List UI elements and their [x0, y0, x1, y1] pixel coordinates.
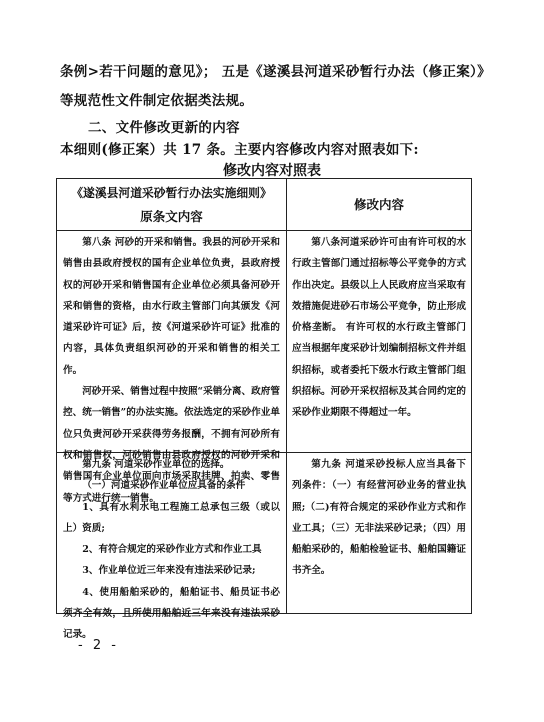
cell-paragraph: 4、使用船舶采砂的，船舶证书、船员证书必须齐全有效，且所使用船舶近三年来没有违法…: [63, 582, 280, 646]
header-original: 《遂溪县河道采砂暂行办法实施细则》 原条文内容: [57, 181, 286, 229]
table-cell-original: 第九条 河道采砂作业单位的选择。 （一）河道采砂作业单位应具备的条件 1、具有水…: [63, 454, 280, 646]
cell-paragraph: 1、具有水利水电工程施工总承包三级（或以上）资质;: [63, 497, 280, 540]
header-original-title: 《遂溪县河道采砂暂行办法实施细则》: [57, 181, 286, 205]
header-original-subtitle: 原条文内容: [57, 205, 286, 229]
section-heading: 二、文件修改更新的内容: [88, 116, 240, 136]
column-divider: [286, 179, 287, 613]
intro-line-3: 本细则(修正案）共 17 条。主要内容修改内容对照表如下:: [60, 138, 419, 158]
cell-paragraph: 第九条 河道采砂投标人应当具备下列条件：（一）有经营河砂业务的营业执照;（二)有…: [292, 454, 466, 582]
table-caption: 修改内容对照表: [0, 160, 544, 180]
cell-paragraph: 第八条 河砂的开采和销售。我县的河砂开采和销售由县政府授权的国有企业单位负责，县…: [63, 232, 280, 381]
cell-paragraph: 2、有符合规定的采砂作业方式和作业工具: [63, 539, 280, 560]
table-cell-revised: 第九条 河道采砂投标人应当具备下列条件：（一）有经营河砂业务的营业执照;（二)有…: [292, 454, 466, 582]
cell-paragraph: 3、作业单位近三年来没有违法采砂记录;: [63, 560, 280, 581]
header-revised: 修改内容: [286, 193, 472, 217]
cell-paragraph: （一）河道采砂作业单位应具备的条件: [63, 475, 280, 496]
intro-line-1: 条例>若干问题的意见》； 五是《遂溪县河道采砂暂行办法（修正案）》: [60, 60, 491, 80]
intro-line-2: 等规范性文件制定依据类法规。: [60, 89, 253, 109]
table-cell-revised: 第八条河道采砂许可由有许可权的水行政主管部门通过招标等公平竞争的方式作出决定。县…: [292, 232, 466, 424]
page-number: - 2 -: [78, 638, 119, 653]
comparison-table: 《遂溪县河道采砂暂行办法实施细则》 原条文内容 修改内容 第八条 河砂的开采和销…: [56, 178, 472, 614]
cell-paragraph: 第九条 河道采砂作业单位的选择。: [63, 454, 280, 475]
header-divider: [57, 230, 471, 231]
cell-paragraph: 第八条河道采砂许可由有许可权的水行政主管部门通过招标等公平竞争的方式作出决定。县…: [292, 232, 466, 424]
